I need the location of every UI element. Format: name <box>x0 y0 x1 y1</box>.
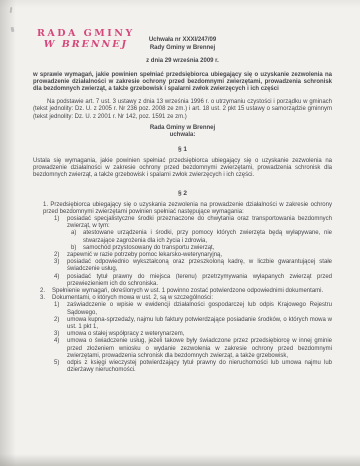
section-2-ust-3: 3. Dokumentami, o których mowa w ust. 2,… <box>40 295 332 302</box>
list-item-number: 2. <box>40 288 52 295</box>
list-item-letter: b) <box>71 245 83 252</box>
section-2-ust-2: 2. Spełnienie wymagań, określonych w ust… <box>40 288 332 295</box>
resolution-number: Uchwała nr XXXI/247/09 <box>33 37 332 45</box>
list-item-text: Spełnienie wymagań, określonych w ust. 1… <box>52 288 332 295</box>
list-item-number: 3. <box>40 295 52 302</box>
list-item-number: 2) <box>54 252 67 259</box>
list-item-text: odpis z księgi wieczystej potwierdzający… <box>67 360 332 374</box>
list-item: 3) posiadać odpowiednio wykształconą ora… <box>54 259 332 273</box>
section-2-ust-1: 1. Przedsiębiorca ubiegający się o uzysk… <box>43 202 332 216</box>
section-1-heading: § 1 <box>33 146 332 153</box>
list-item: 2) umowa kupna-sprzedaży, najmu lub fakt… <box>54 317 332 331</box>
legal-basis-paragraph: Na podstawie art. 7 ust. 3 ustawy z dnia… <box>33 99 332 121</box>
list-item-number: 2) <box>54 317 67 331</box>
list-item-text: posiadać tytuł prawny do miejsca (terenu… <box>67 274 332 288</box>
list-item-text: posiadać specjalistyczne środki przeznac… <box>67 216 332 230</box>
enacting-verb: uchwala: <box>33 132 332 140</box>
section-2-heading: § 2 <box>33 190 332 197</box>
list-item-number: 5) <box>54 360 67 374</box>
list-item-text: zapewnić w razie potrzeby pomoc lekarsko… <box>67 252 332 259</box>
enacting-formula: Rada Gminy w Brennej uchwala: <box>33 125 332 140</box>
resolution-authority: Rady Gminy w Brennej <box>33 45 332 53</box>
list-item-text: atestowane urządzenia i środki, przy pom… <box>83 230 332 244</box>
list-item-number: 4) <box>54 274 67 288</box>
list-item-number: 1) <box>54 216 67 230</box>
resolution-header: Uchwała nr XXXI/247/09 Rady Gminy w Bren… <box>33 37 332 52</box>
list-item: a) atestowane urządzenia i środki, przy … <box>71 230 332 244</box>
list-item-text: samochód przystosowany do transportu zwi… <box>83 245 332 252</box>
document-body: Uchwała nr XXXI/247/09 Rady Gminy w Bren… <box>0 0 360 374</box>
subject-paragraph: w sprawie wymagań, jakie powinien spełni… <box>33 72 332 93</box>
list-item-text: umowa o świadczenie usług, jeżeli takowe… <box>67 338 332 360</box>
list-item-number: 3) <box>54 331 67 338</box>
list-item: 3) umowa o stałej współpracy z weterynar… <box>54 331 332 338</box>
list-item-text: zaświadczenie o wpisie w ewidencji dział… <box>67 302 332 316</box>
list-item-text: posiadać odpowiednio wykształconą oraz p… <box>67 259 332 273</box>
enacting-authority: Rada Gminy w Brennej <box>33 125 332 133</box>
list-item: 4) posiadać tytuł prawny do miejsca (ter… <box>54 274 332 288</box>
list-item-text: umowa kupna-sprzedaży, najmu lub faktury… <box>67 317 332 331</box>
list-item: 1) posiadać specjalistyczne środki przez… <box>54 216 332 230</box>
list-item-number: 1) <box>54 302 67 316</box>
list-item: 4) umowa o świadczenie usług, jeżeli tak… <box>54 338 332 360</box>
scanned-document-page: RADA GMINY W BRENNEJ Uchwała nr XXXI/247… <box>0 0 360 466</box>
list-item-text: Dokumentami, o których mowa w ust. 2, są… <box>52 295 332 302</box>
list-item-text: umowa o stałej współpracy z weterynarzem… <box>67 331 332 338</box>
resolution-date: z dnia 29 września 2009 r. <box>33 58 332 64</box>
list-item-number: 4) <box>54 338 67 360</box>
section-1-text: Ustala się wymagania, jakie powinien spe… <box>33 158 332 180</box>
list-item-letter: a) <box>71 230 83 244</box>
list-item: 2) zapewnić w razie potrzeby pomoc lekar… <box>54 252 332 259</box>
list-item: 1) zaświadczenie o wpisie w ewidencji dz… <box>54 302 332 316</box>
list-item: 5) odpis z księgi wieczystej potwierdzaj… <box>54 360 332 374</box>
list-item: b) samochód przystosowany do transportu … <box>71 245 332 252</box>
list-item-number: 3) <box>54 259 67 273</box>
